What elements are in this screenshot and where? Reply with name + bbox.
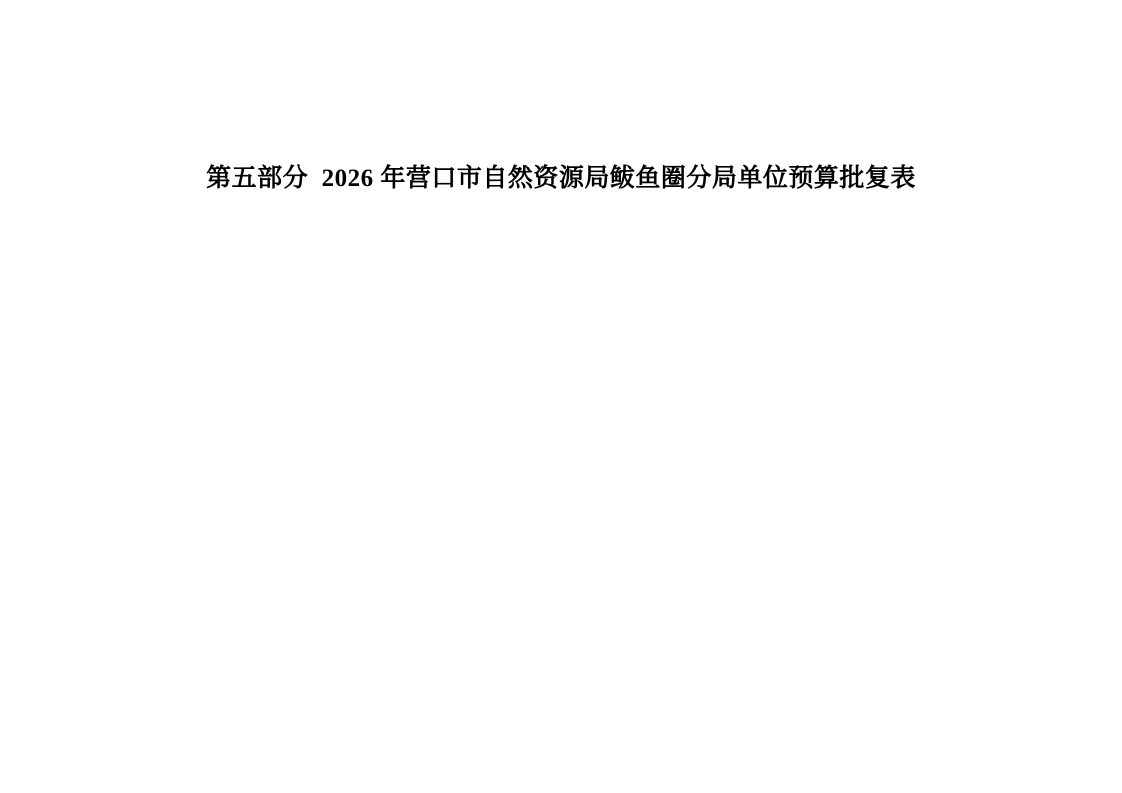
page-title: 第五部分 2026 年营口市自然资源局鲅鱼圈分局单位预算批复表: [0, 164, 1122, 194]
document-page: 第五部分 2026 年营口市自然资源局鲅鱼圈分局单位预算批复表: [0, 0, 1122, 793]
